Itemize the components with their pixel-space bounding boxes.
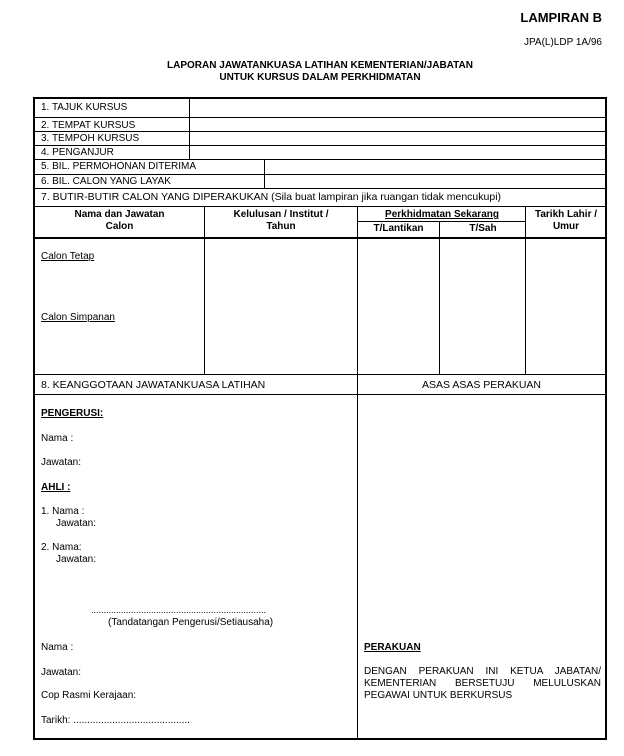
recommendation-heading: PERAKUAN [364, 642, 421, 654]
col-header-name: Nama dan JawatanCalon [35, 209, 204, 233]
candidate-dob-cell[interactable] [527, 239, 605, 373]
form-frame: 1. TAJUK KURSUS 2. TEMPAT KURSUS 3. TEMP… [33, 97, 607, 740]
member1-name-label: 1. Nama : [41, 506, 84, 518]
section8-label: 8. KEANGGOTAAN JAWATANKUASA LATIHAN [41, 379, 265, 391]
recommendation-text: DENGAN PERAKUAN INI KETUA JABATAN/ KEMEN… [364, 666, 601, 702]
chair-name-label: Nama : [41, 433, 73, 445]
eligible-candidates-input[interactable] [265, 175, 605, 188]
col-header-qualification: Kelulusan / Institut /Tahun [205, 209, 357, 233]
chair-heading: PENGERUSI: [41, 408, 103, 420]
chair-position-label: Jawatan: [41, 457, 81, 469]
member2-name-label: 2. Nama: [41, 542, 82, 554]
candidate-appointed-cell[interactable] [358, 239, 439, 373]
field-label-eligible-candidates: 6. BIL. CALON YANG LAYAK [41, 176, 171, 188]
candidate-confirmed-cell[interactable] [440, 239, 526, 373]
signer-position-label: Jawatan: [41, 667, 81, 679]
field-label-applications-received: 5. BIL. PERMOHONAN DITERIMA [41, 161, 196, 173]
date-field[interactable]: Tarikh: ................................… [41, 715, 190, 727]
signature-line[interactable]: ........................................… [91, 604, 266, 616]
candidate-name-cell[interactable] [35, 239, 204, 373]
members-heading: AHLI : [41, 482, 70, 494]
appendix-label: LAMPIRAN B [520, 10, 602, 25]
form-title-line2: UNTUK KURSUS DALAM PERKHIDMATAN [0, 72, 624, 84]
signature-caption: (Tandatangan Pengerusi/Setiausaha) [108, 617, 273, 629]
course-venue-input[interactable] [190, 118, 605, 131]
candidate-qualification-cell[interactable] [205, 239, 357, 373]
field-label-course-duration: 3. TEMPOH KURSUS [41, 133, 139, 145]
recommendation-basis-header: ASAS ASAS PERAKUAN [358, 379, 605, 391]
section7-label: 7. BUTIR-BUTIR CALON YANG DIPERAKUKAN (S… [41, 191, 501, 203]
recommendation-basis-area[interactable] [358, 395, 605, 635]
official-stamp-label: Cop Rasmi Kerajaan: [41, 690, 136, 702]
course-title-input[interactable] [190, 99, 605, 117]
course-duration-input[interactable] [190, 132, 605, 145]
form-title-line1: LAPORAN JAWATANKUASA LATIHAN KEMENTERIAN… [0, 60, 624, 72]
applications-received-input[interactable] [265, 160, 605, 173]
col-header-appointed-date: T/Lantikan [358, 223, 439, 235]
field-label-organizer: 4. PENGANJUR [41, 147, 114, 159]
col-header-current-service: Perkhidmatan Sekarang [358, 209, 526, 221]
signer-name-label: Nama : [41, 642, 73, 654]
col-header-dob-age: Tarikh Lahir /Umur [527, 209, 605, 233]
field-label-course-title: 1. TAJUK KURSUS [41, 102, 127, 114]
reference-code: JPA(L)LDP 1A/96 [524, 37, 602, 48]
member2-position-label: Jawatan: [56, 554, 96, 566]
organizer-input[interactable] [190, 146, 605, 159]
member1-position-label: Jawatan: [56, 518, 96, 530]
col-header-confirmed-date: T/Sah [440, 223, 526, 235]
